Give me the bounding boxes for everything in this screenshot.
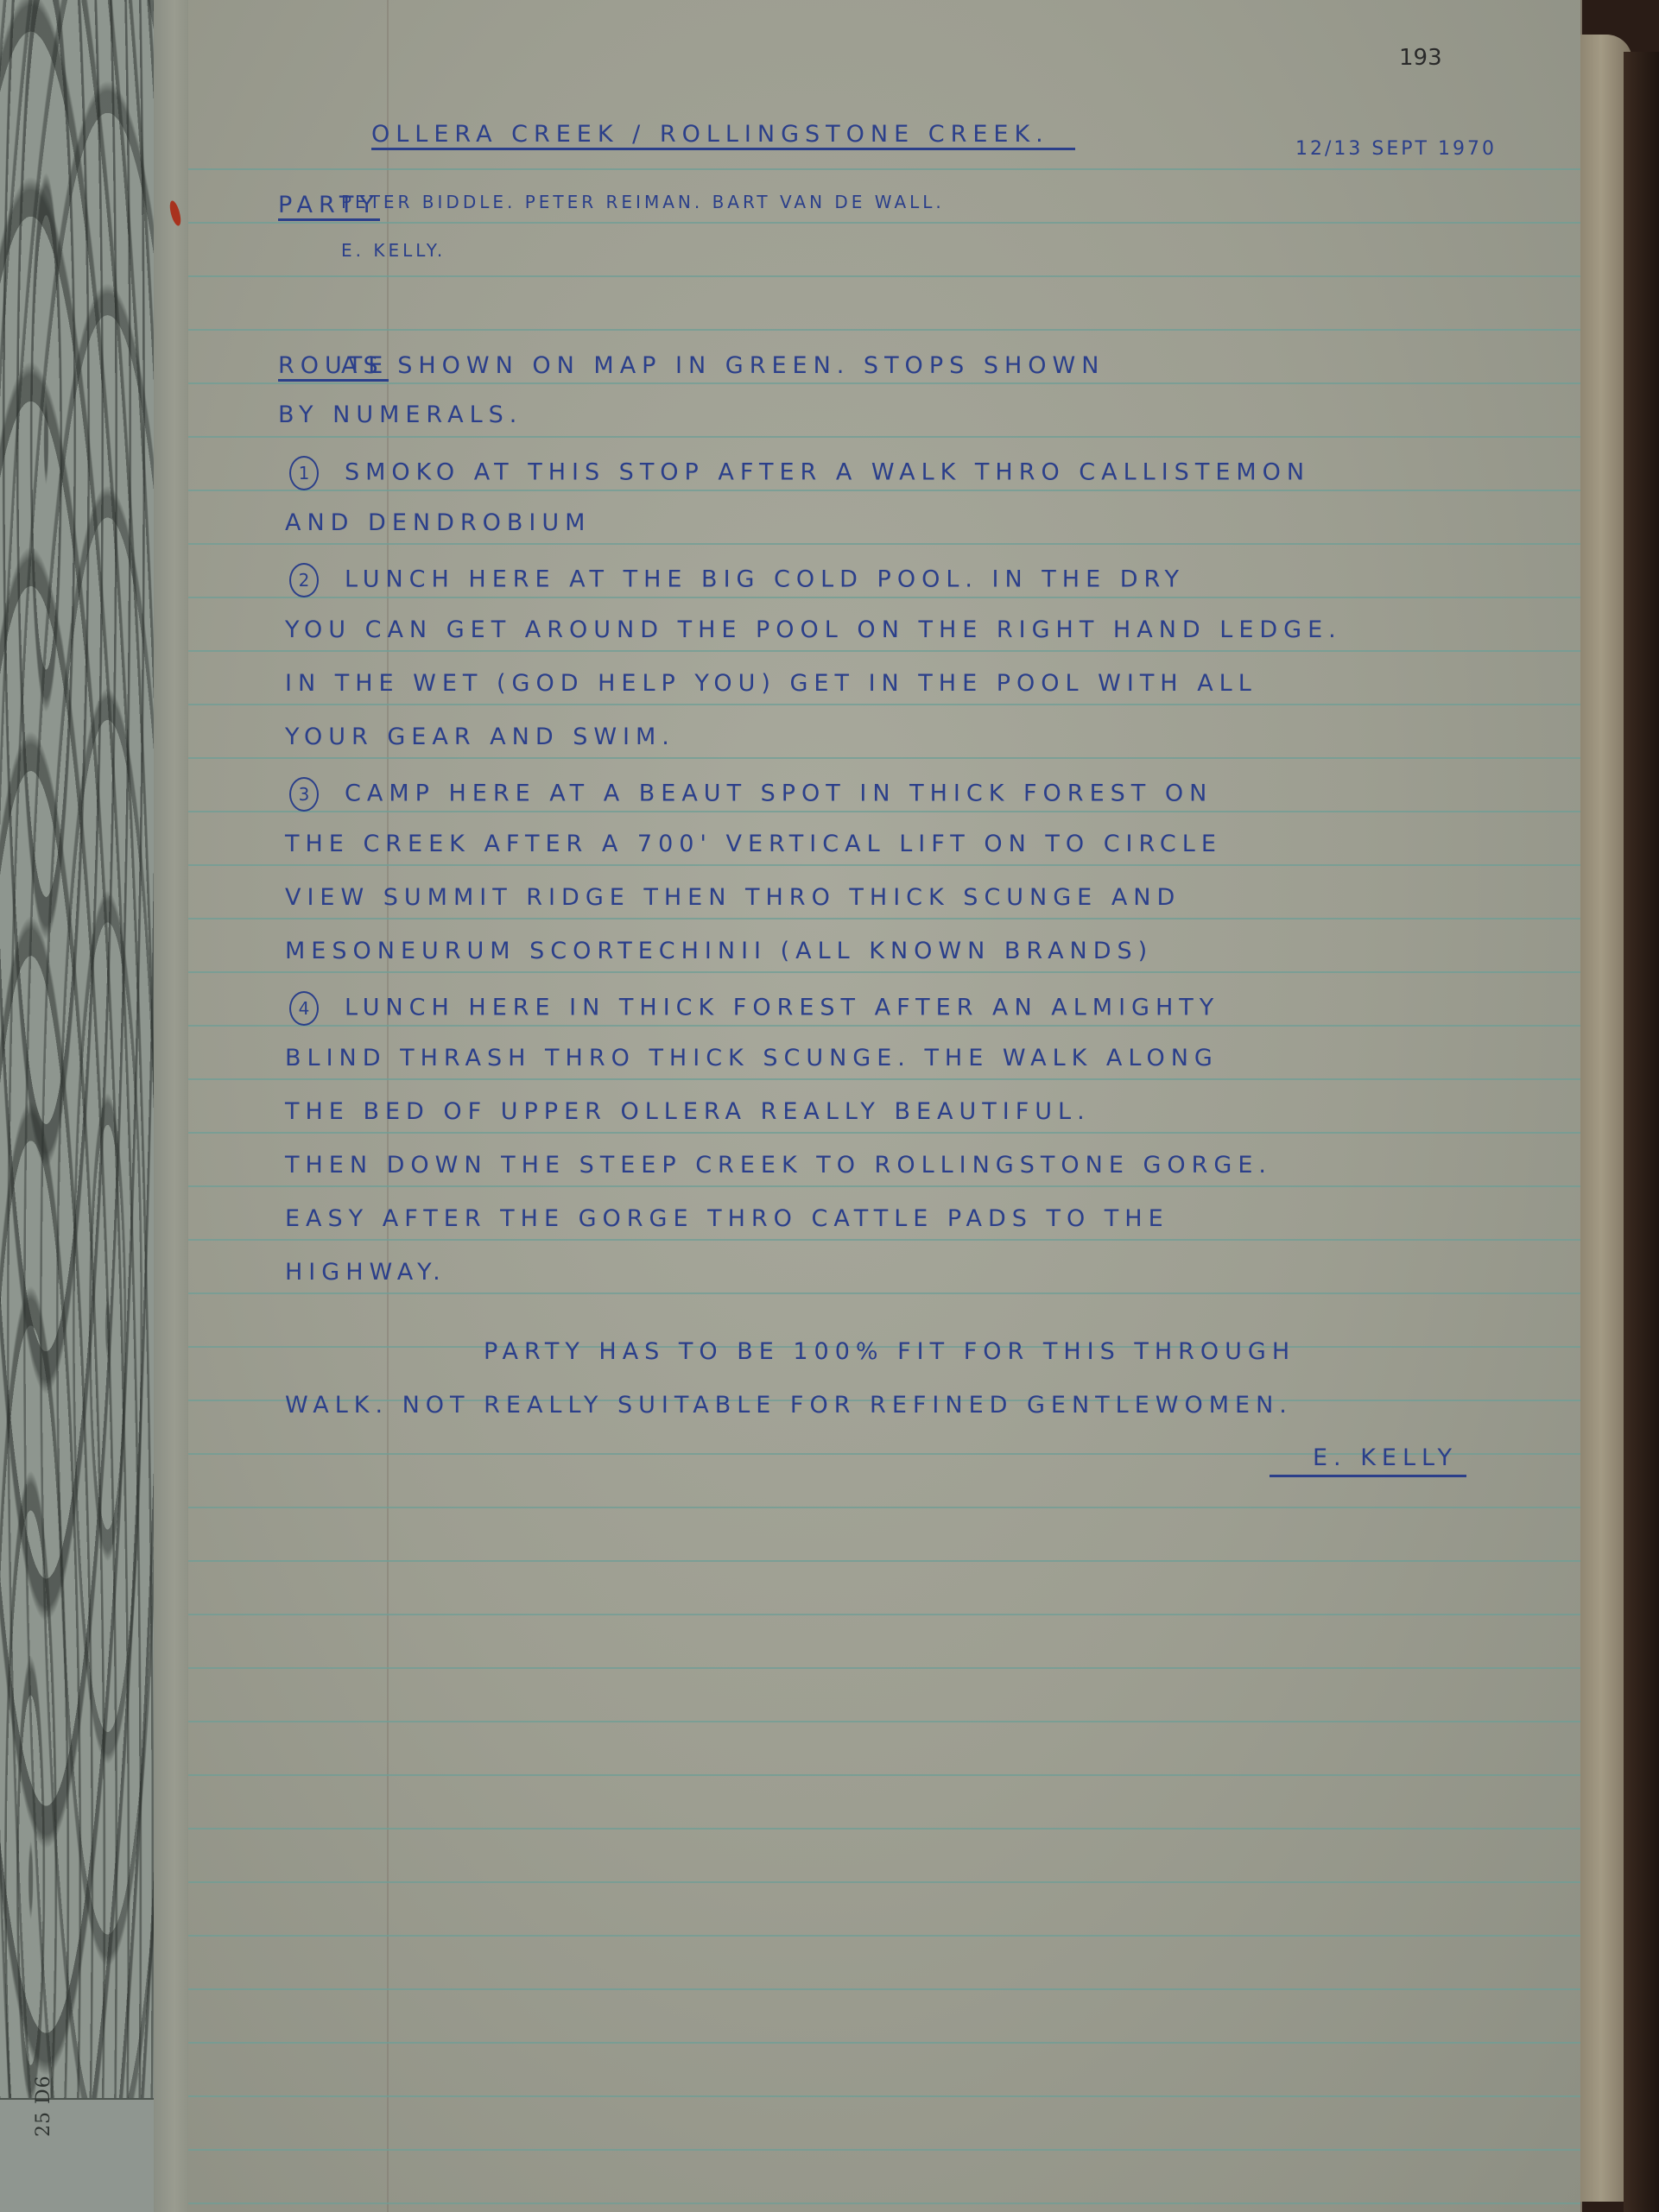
stop-3-line-1: 3Camp here at a beaut spot in thick fore…	[289, 777, 1213, 812]
stop-4-line-5: Easy after the gorge thro cattle pads to…	[285, 1205, 1169, 1232]
ruled-line	[188, 704, 1580, 705]
stop-text: Lunch here at the big cold pool. In the …	[345, 566, 1185, 593]
ruled-line	[188, 329, 1580, 331]
ruled-line	[188, 971, 1580, 973]
stop-text: Smoko at this stop after a walk thro Cal…	[345, 459, 1310, 486]
closing-line-1: Party has to be 100% fit for this throug…	[484, 1338, 1295, 1365]
ruled-line	[188, 382, 1580, 384]
ruled-line	[188, 1239, 1580, 1241]
ruled-line	[188, 1721, 1580, 1722]
ruled-line	[188, 1667, 1580, 1669]
ruled-line	[188, 275, 1580, 277]
ruled-line	[188, 918, 1580, 920]
stop-number-circle: 3	[289, 777, 319, 812]
book-cover-edge	[1624, 52, 1659, 2212]
stop-text: Camp here at a beaut spot in thick fores…	[345, 781, 1213, 807]
page-number: 193	[1399, 45, 1442, 71]
ruled-line	[188, 1881, 1580, 1883]
ruled-line	[188, 2095, 1580, 2097]
stop-3-line-4: Mesoneurum scortechinii (all known brand…	[285, 938, 1153, 964]
entry-title: Ollera Creek / Rollingstone Creek.	[371, 121, 1075, 150]
ruled-line	[188, 2203, 1580, 2204]
map-sheet-label: 25 D6	[33, 2075, 54, 2137]
ruled-line	[188, 1185, 1580, 1187]
ruled-line	[188, 1078, 1580, 1080]
ruled-line	[188, 650, 1580, 652]
closing-line-2: walk. Not really suitable for refined ge…	[285, 1392, 1293, 1419]
ruled-line	[188, 1292, 1580, 1294]
ruled-line	[188, 1507, 1580, 1508]
stop-text: highway.	[285, 1259, 446, 1286]
ruled-line	[188, 1935, 1580, 1937]
stop-number-circle: 2	[289, 563, 319, 597]
ruled-line	[188, 543, 1580, 545]
stop-text: In the wet (God help you) get in the poo…	[285, 670, 1257, 697]
ruled-line	[188, 222, 1580, 224]
stop-4-line-6: highway.	[285, 1259, 446, 1286]
stop-text: you can get around the pool on the right…	[285, 616, 1342, 643]
ruled-line	[188, 1774, 1580, 1776]
topographic-map-strip	[0, 0, 155, 2212]
stop-4-line-4: Then down the steep creek to Rollingston…	[285, 1152, 1272, 1179]
ruled-line	[188, 1828, 1580, 1830]
stop-2-line-4: your gear and swim.	[285, 724, 675, 750]
ruled-line	[188, 2042, 1580, 2044]
ruled-line	[188, 757, 1580, 759]
stop-4-line-1: 4Lunch here in thick forest after an alm…	[289, 991, 1219, 1026]
stop-text: Mesoneurum scortechinii (all known brand…	[285, 938, 1153, 964]
map-label-box	[0, 2098, 154, 2212]
stop-2-line-2: you can get around the pool on the right…	[285, 616, 1342, 643]
notebook-gutter	[154, 0, 188, 2212]
stop-1-line-1: 1Smoko at this stop after a walk thro Ca…	[289, 456, 1310, 490]
stop-text: blind thrash thro thick scunge. The walk…	[285, 1045, 1219, 1071]
ruled-line	[188, 436, 1580, 438]
stop-1-line-2: and Dendrobium	[285, 509, 591, 536]
stop-text: your gear and swim.	[285, 724, 675, 750]
party-members-line-2: E. Kelly.	[341, 240, 446, 261]
ruled-line	[188, 864, 1580, 866]
ruled-line	[188, 1988, 1580, 1990]
stop-number-circle: 4	[289, 991, 319, 1026]
route-line-2: by numerals.	[278, 401, 522, 428]
stop-number-circle: 1	[289, 456, 319, 490]
party-members-line-1: Peter Biddle. Peter Reiman. Bart van de …	[341, 192, 945, 212]
ruled-line	[188, 2149, 1580, 2151]
stop-text: Easy after the gorge thro cattle pads to…	[285, 1205, 1169, 1232]
stop-text: the bed of Upper Ollera really beautiful…	[285, 1098, 1091, 1125]
stop-3-line-3: View Summit Ridge then thro thick scunge…	[285, 884, 1181, 911]
stop-2-line-3: In the wet (God help you) get in the poo…	[285, 670, 1257, 697]
stop-text: Lunch here in thick forest after an almi…	[345, 995, 1219, 1021]
ruled-line	[188, 1560, 1580, 1562]
route-line-1: as shown on map in green. Stops shown	[341, 352, 1105, 379]
stop-text: View Summit Ridge then thro thick scunge…	[285, 884, 1181, 911]
stop-text: Then down the steep creek to Rollingston…	[285, 1152, 1272, 1179]
ruled-line	[188, 1132, 1580, 1134]
stop-text: and Dendrobium	[285, 509, 591, 536]
stop-4-line-2: blind thrash thro thick scunge. The walk…	[285, 1045, 1219, 1071]
entry-date: 12/13 Sept 1970	[1295, 138, 1497, 160]
signature: E. Kelly	[1270, 1444, 1466, 1477]
ruled-line	[188, 168, 1580, 170]
stop-2-line-1: 2Lunch here at the big cold pool. In the…	[289, 563, 1185, 597]
stop-4-line-3: the bed of Upper Ollera really beautiful…	[285, 1098, 1091, 1125]
stop-3-line-2: the creek after a 700' vertical lift on …	[285, 831, 1222, 857]
stop-text: the creek after a 700' vertical lift on …	[285, 831, 1222, 857]
ruled-line	[188, 1614, 1580, 1615]
